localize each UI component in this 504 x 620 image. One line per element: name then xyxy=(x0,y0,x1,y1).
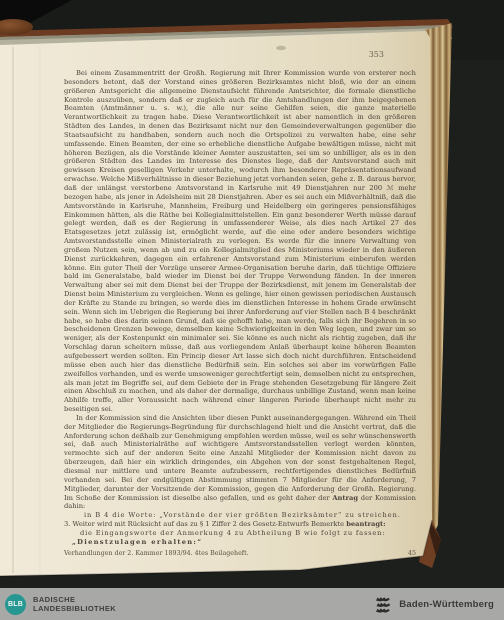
paragraph: in B 4 die Worte: „Vorstände der vier gr… xyxy=(64,511,416,520)
paragraph: 3. Weiter wird mit Rücksicht auf das zu … xyxy=(64,520,416,529)
institution-bar: BLB BADISCHE LANDESBIBLIOTHEK Baden-Würt… xyxy=(0,588,504,620)
text-block: Bei einem Zusammentritt der Großh. Regie… xyxy=(64,69,416,547)
paragraph: In der Kommission sind die Ansichten übe… xyxy=(64,414,416,511)
paragraph: „Dienstzulagen erhalten:“ xyxy=(64,538,416,547)
digitized-book-viewer: 353 Bei einem Zusammentritt der Großh. R… xyxy=(0,0,504,620)
blb-logo-icon: BLB xyxy=(5,594,26,615)
library-name: BADISCHE LANDESBIBLIOTHEK xyxy=(33,595,116,614)
library-name-line1: BADISCHE xyxy=(33,595,116,605)
library-name-line2: LANDESBIBLIOTHEK xyxy=(33,604,116,614)
state-logo: Baden-Württemberg xyxy=(375,596,494,613)
volume-caption: Verhandlungen der 2. Kammer 1893/94. 4te… xyxy=(64,550,249,557)
blb-abbr: BLB xyxy=(8,601,23,608)
page-number: 353 xyxy=(352,50,384,59)
paragraph: die Eingangsworte der Anmerkung 4 zu Abt… xyxy=(64,529,416,538)
baden-wuerttemberg-lions-icon xyxy=(375,596,393,613)
paper-stain xyxy=(276,46,286,50)
sheet-number: 45 xyxy=(408,550,416,557)
paragraph: Bei einem Zusammentritt der Großh. Regie… xyxy=(64,69,416,414)
page-footer: Verhandlungen der 2. Kammer 1893/94. 4te… xyxy=(64,550,416,557)
state-name: Baden-Württemberg xyxy=(399,599,494,610)
library-logo: BLB BADISCHE LANDESBIBLIOTHEK xyxy=(5,594,116,615)
